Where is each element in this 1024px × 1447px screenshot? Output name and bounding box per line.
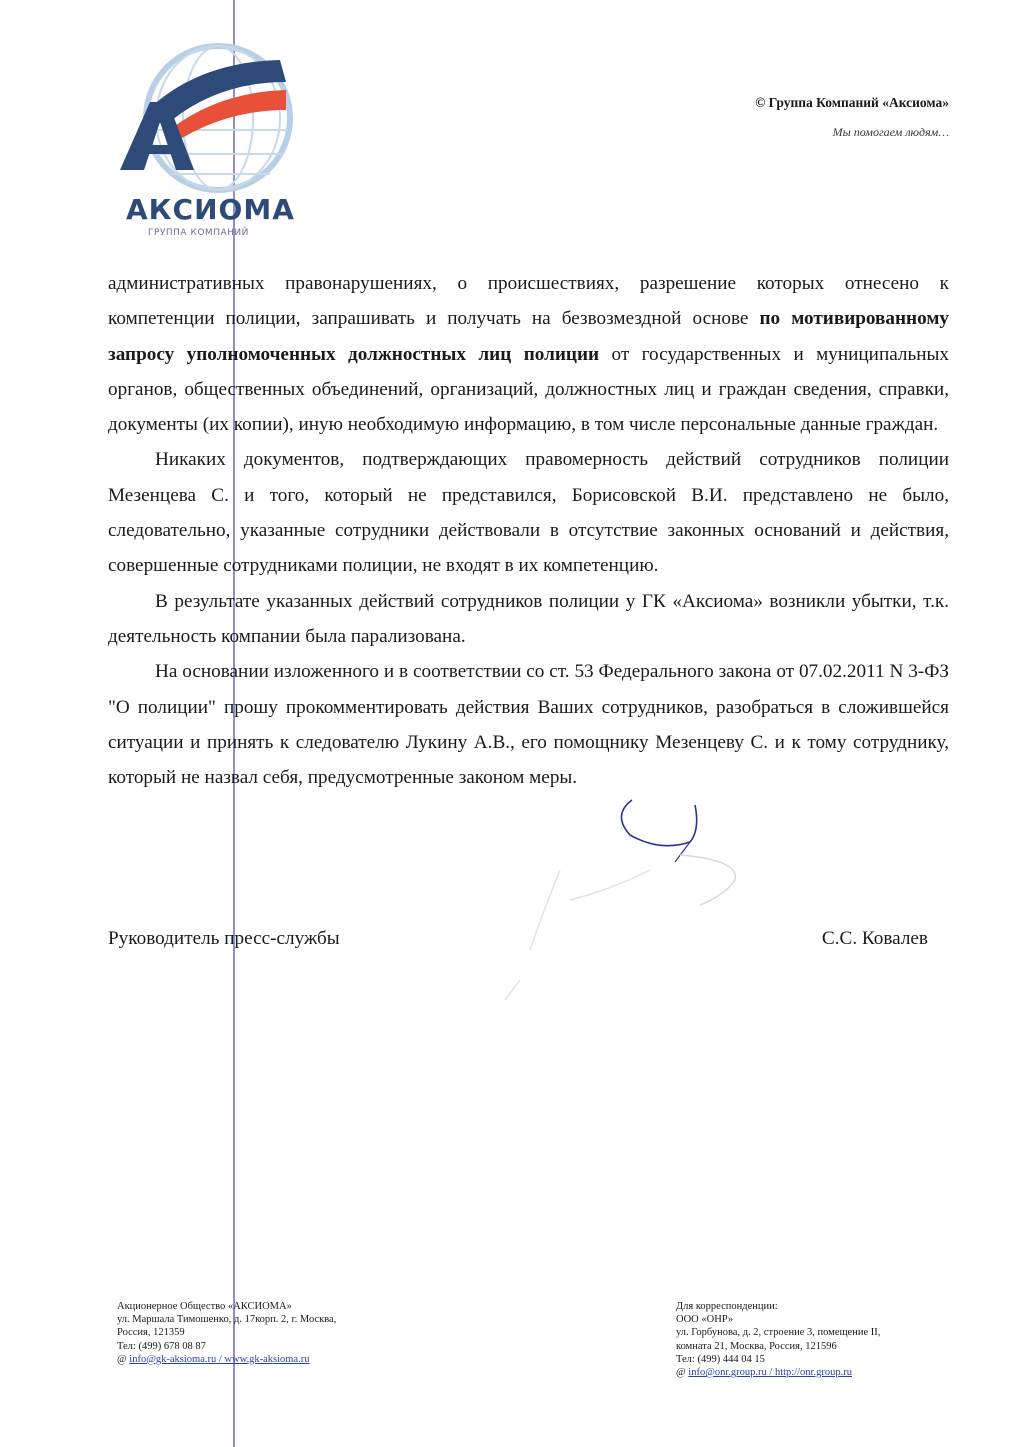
- footer-corr-company: ООО «ОНР»: [676, 1313, 880, 1326]
- paragraph-4: На основании изложенного и в соответстви…: [108, 654, 949, 795]
- footer-address-line1: ул. Маршала Тимошенко, д. 17корп. 2, г. …: [117, 1313, 336, 1326]
- footer-corr-address-line2: комната 21, Москва, Россия, 121596: [676, 1340, 880, 1353]
- header-right: © Группа Компаний «Аксиома» Мы помогаем …: [755, 95, 949, 140]
- footer-email-web-link[interactable]: info@gk-aksioma.ru / www.gk-aksioma.ru: [129, 1354, 309, 1365]
- paragraph-2: Никаких документов, подтверждающих право…: [108, 442, 949, 583]
- footer-corr-phone: Тел: (499) 444 04 15: [676, 1353, 880, 1366]
- slogan-text: Мы помогаем людям…: [755, 125, 949, 140]
- footer-company-name: Акционерное Общество «АКСИОМА»: [117, 1300, 336, 1313]
- footer-address-line2: Россия, 121359: [117, 1326, 336, 1339]
- signer-name: С.С. Ковалев: [822, 928, 928, 950]
- at-icon: @: [676, 1367, 688, 1378]
- footer-corr-contacts: @ info@onr.group.ru / http://onr.group.r…: [676, 1366, 880, 1379]
- at-icon: @: [117, 1354, 129, 1365]
- paragraph-3: В результате указанных действий сотрудни…: [108, 584, 949, 655]
- letter-body: административных правонарушениях, о прои…: [108, 266, 949, 795]
- footer-corr-email-web-link[interactable]: info@onr.group.ru / http://onr.group.ru: [688, 1367, 852, 1378]
- signer-position: Руководитель пресс-службы: [108, 928, 340, 949]
- logo-wordmark: АКСИОМА: [126, 193, 295, 226]
- footer-corr-label: Для корреспонденции:: [676, 1300, 880, 1313]
- footer-corr-address-line1: ул. Горбунова, д. 2, строение 3, помещен…: [676, 1326, 880, 1339]
- signature-block: Руководитель пресс-службы С.С. Ковалев: [108, 928, 928, 950]
- footer-contacts: @ info@gk-aksioma.ru / www.gk-aksioma.ru: [117, 1353, 336, 1366]
- footer-company-info: Акционерное Общество «АКСИОМА» ул. Марша…: [117, 1300, 336, 1366]
- logo-subtitle: ГРУППА КОМПАНИЙ: [148, 228, 249, 238]
- paragraph-1: административных правонарушениях, о прои…: [108, 266, 949, 442]
- footer-phone: Тел: (499) 678 08 87: [117, 1340, 336, 1353]
- footer-correspondence-info: Для корреспонденции: ООО «ОНР» ул. Горбу…: [676, 1300, 880, 1379]
- copyright-text: © Группа Компаний «Аксиома»: [755, 95, 949, 111]
